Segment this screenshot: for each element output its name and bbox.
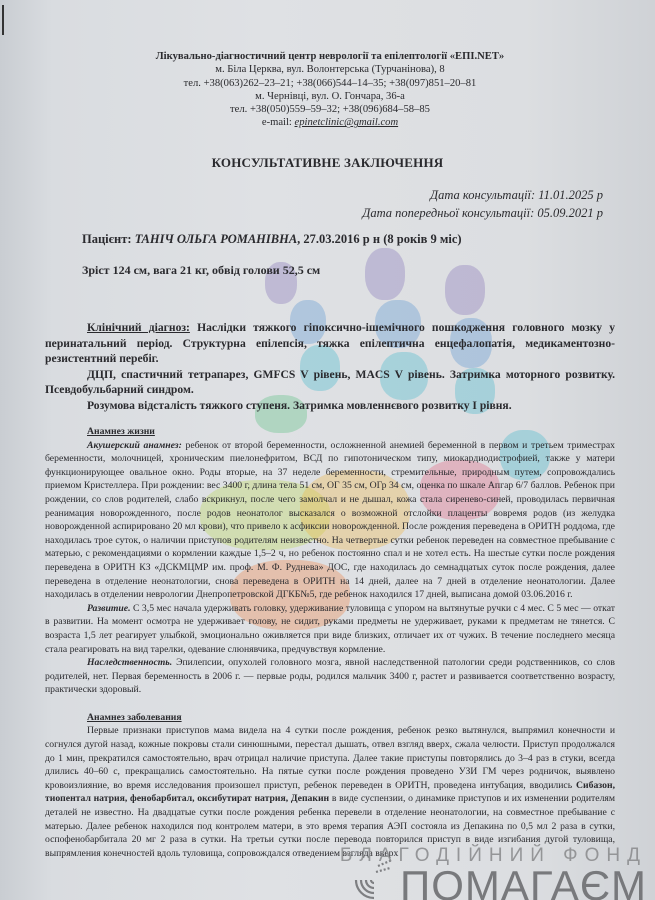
- patient-line: Пацієнт: ТАНІЧ ОЛЬГА РОМАНІВНА, 27.03.20…: [82, 232, 462, 247]
- life-history-heading: Анамнез жизни: [45, 425, 615, 439]
- obstetric-label: Акушерский анамнез:: [87, 440, 182, 451]
- diagnosis-text-2: ДЦП, спастичний тетрапарез, GMFCS V ріве…: [45, 367, 615, 398]
- obstetric-history: Акушерский анамнез: ребенок от второй бе…: [45, 439, 615, 602]
- patient-name: ТАНІЧ ОЛЬГА РОМАНІВНА: [135, 232, 297, 246]
- development-history: Развитие. С 3,5 мес начала удерживать го…: [45, 602, 615, 656]
- heredity-history: Наследственность. Эпилепсии, опухолей го…: [45, 656, 615, 697]
- document-title: КОНСУЛЬТАТИВНЕ ЗАКЛЮЧЕННЯ: [0, 155, 655, 171]
- diagnosis-label: Клінічний діагноз:: [87, 321, 190, 334]
- clinic-phones-2: тел. +38(050)559–59–32; +38(096)684–58–8…: [60, 103, 600, 116]
- consultation-dates: Дата консультації: 11.01.2025 р Дата поп…: [362, 186, 603, 222]
- development-text: С 3,5 мес начала удерживать головку, уде…: [45, 603, 615, 655]
- watermark-petal: [365, 248, 405, 300]
- patient-dob: , 27.03.2016 р н (8 років 9 міс): [297, 232, 461, 246]
- margin-mark: [2, 5, 4, 35]
- clinic-header: Лікувально-діагностичний центр неврологі…: [60, 50, 600, 130]
- charity-watermark: БЛАГОДІЙНИЙ ФОНД ПОМАГАЄМ: [340, 845, 647, 900]
- disease-history-heading: Анамнез заболевания: [45, 711, 615, 725]
- diagnosis-text-3: Розумова відсталість тяжкого ступеня. За…: [45, 398, 615, 414]
- patient-measurements: Зріст 124 см, вага 21 кг, обвід голови 5…: [82, 263, 320, 278]
- watermark-petal: [445, 265, 485, 315]
- anamnesis-body: Анамнез жизни Акушерский анамнез: ребено…: [45, 425, 615, 860]
- patient-label: Пацієнт:: [82, 232, 135, 246]
- clinical-diagnosis: Клінічний діагноз: Наслідки тяжкого гіпо…: [45, 320, 615, 413]
- clinic-address-2: м. Чернівці, вул. О. Гончара, 36-а: [60, 90, 600, 103]
- consultation-date: Дата консультації: 11.01.2025 р: [362, 186, 603, 204]
- heredity-label: Наследственность.: [87, 657, 172, 668]
- clinic-phones-1: тел. +38(063)262–23–21; +38(066)544–14–3…: [60, 77, 600, 90]
- clinic-email-line: e-mail: epinetclinic@gmail.com: [60, 116, 600, 129]
- email-label: e-mail:: [262, 117, 295, 128]
- clinic-name: Лікувально-діагностичний центр неврологі…: [60, 50, 600, 63]
- clinic-address-1: м. Біла Церква, вул. Волонтерська (Турча…: [60, 63, 600, 76]
- previous-consultation-date: Дата попередньої консультації: 05.09.202…: [362, 204, 603, 222]
- obstetric-text: ребенок от второй беременности, осложнен…: [45, 440, 615, 601]
- disease-history-text: Первые признаки приступов мама видела на…: [45, 724, 615, 860]
- watermark-line-2: ПОМАГАЄМ: [340, 867, 647, 900]
- document-page: Лікувально-діагностичний центр неврологі…: [0, 0, 655, 900]
- email-link[interactable]: epinetclinic@gmail.com: [295, 117, 399, 128]
- development-label: Развитие.: [87, 603, 131, 614]
